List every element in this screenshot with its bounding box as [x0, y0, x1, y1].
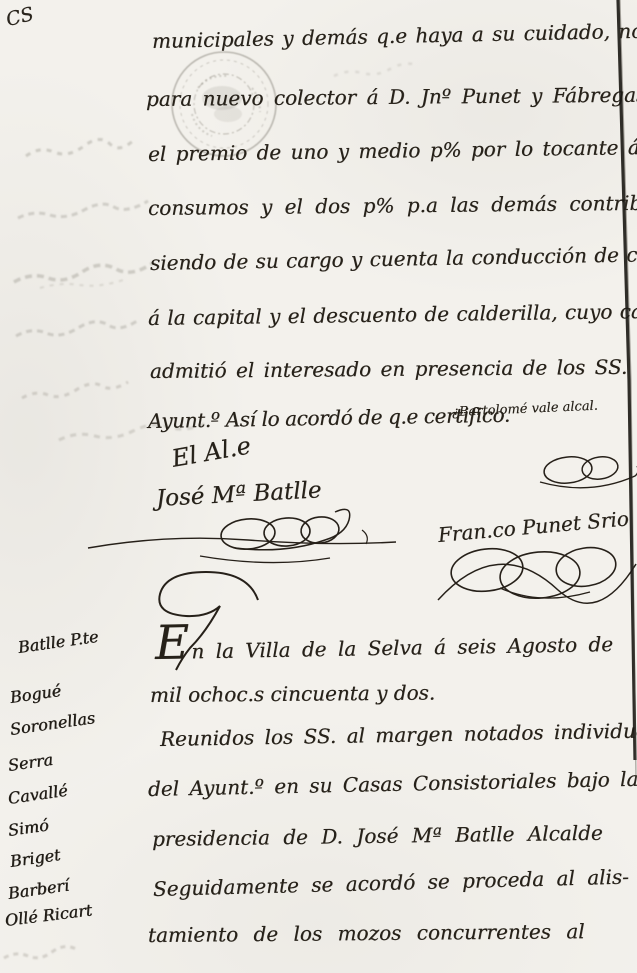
manuscript-line: el premio de uno y medio p% por lo tocan…: [148, 136, 637, 165]
dateline-line: mil ochoc.s cincuenta y dos.: [150, 682, 435, 706]
signature-alcalde: José Mª Batlle: [155, 478, 322, 512]
ink-bleed-smudge: [2, 944, 92, 968]
ink-bleed-smudge: [22, 132, 142, 166]
ink-bleed-smudge: [330, 60, 450, 86]
manuscript-line: para nuevo colector á D. Jnº Punet y Fáb…: [146, 83, 637, 110]
manuscript-line: del Ayunt.º en su Casas Consistoriales b…: [148, 768, 637, 800]
manuscript-page: CS municipales y demás q.e haya a s: [0, 0, 637, 973]
attendee-name: Soronellas: [9, 708, 96, 739]
ink-bleed-smudge: [14, 198, 154, 228]
attendee-name: Barberí: [7, 876, 70, 903]
manuscript-line: consumos y el dos p% p.a las demás contr…: [148, 192, 637, 219]
manuscript-line: municipales y demás q.e haya a su cuidad…: [152, 18, 637, 52]
ink-bleed-smudge: [18, 380, 133, 408]
manuscript-line: Seguidamente se acordó se proceda al ali…: [153, 866, 629, 900]
manuscript-line: admitió el interesado en presencia de lo…: [150, 355, 637, 382]
ink-bleed-smudge: [12, 316, 147, 346]
attendee-name: Batlle P.te: [17, 627, 100, 657]
corner-archive-mark: CS: [4, 3, 36, 31]
closing-el-alcalde: El Al.e: [170, 432, 253, 472]
attendee-name: Bogué: [9, 681, 63, 707]
attendee-name: Ollé Ricart: [4, 900, 93, 930]
manuscript-line: Reunidos los SS. al margen notados indiv…: [160, 719, 637, 750]
manuscript-line: á la capital y el descuento de calderill…: [148, 300, 637, 329]
manuscript-line: siendo de su cargo y cuenta la conducció…: [150, 242, 637, 274]
attendee-name: Briget: [9, 845, 62, 871]
manuscript-line: tamiento de los mozos concurrentes al: [148, 920, 585, 946]
attendee-name: Serra: [7, 750, 54, 775]
dateline-line: En la Villa de la Selva á seis Agosto de: [155, 622, 614, 663]
attendee-name: Cavallé: [7, 781, 69, 808]
attendee-name: Simó: [7, 815, 50, 840]
ink-bleed-smudge: [10, 258, 160, 292]
signature-secretario: Fran.co Punet Srio: [437, 507, 630, 546]
manuscript-line: presidencia de D. José Mª Batlle Alcalde: [152, 822, 603, 850]
